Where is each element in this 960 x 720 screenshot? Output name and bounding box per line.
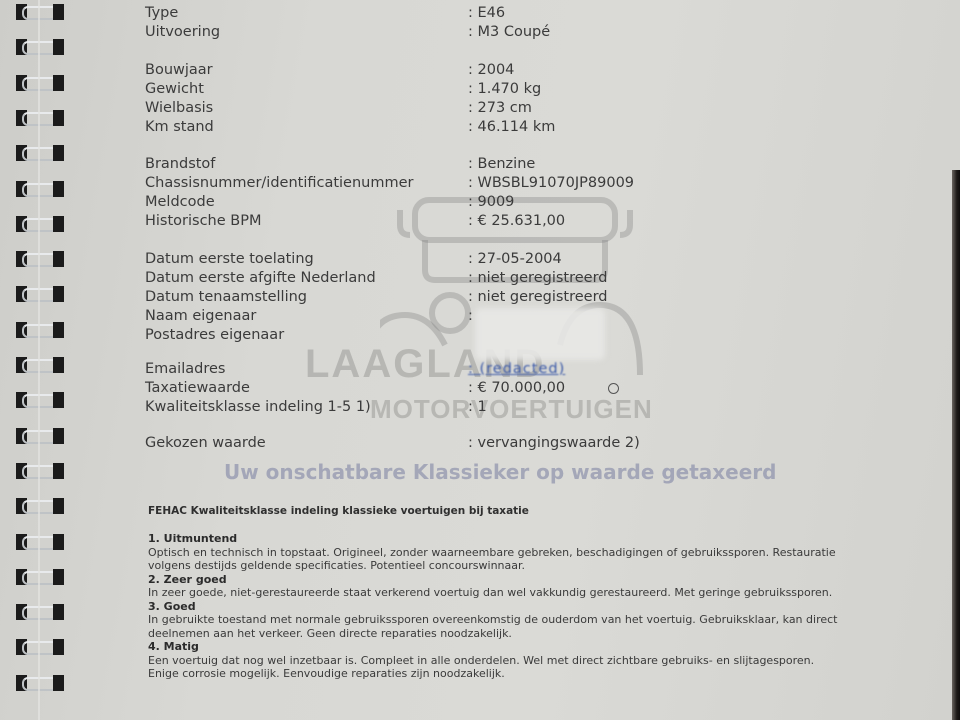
spec-row: Gewicht: 1.470 kg bbox=[145, 80, 845, 99]
spec-value: : € 25.631,00 bbox=[468, 212, 565, 231]
spec-label: Historische BPM bbox=[145, 212, 261, 231]
spec-row: Km stand: 46.114 km bbox=[145, 118, 845, 137]
binding-ring bbox=[16, 392, 64, 408]
binding-ring bbox=[16, 498, 64, 514]
spec-value: : M3 Coupé bbox=[468, 23, 550, 42]
quality-class-title: 3. Goed bbox=[148, 600, 838, 614]
spec-label: Gewicht bbox=[145, 80, 204, 99]
quality-class-title: 4. Matig bbox=[148, 640, 838, 654]
binding-ring bbox=[16, 286, 64, 302]
spec-label: Datum tenaamstelling bbox=[145, 288, 307, 307]
spec-label: Datum eerste toelating bbox=[145, 250, 314, 269]
spec-label: Wielbasis bbox=[145, 99, 213, 118]
spec-row: Kwaliteitsklasse indeling 1-5 1): 1 bbox=[145, 398, 845, 417]
spec-value: : 2004 bbox=[468, 61, 514, 80]
quality-class-description: In zeer goede, niet-gerestaureerde staat… bbox=[148, 586, 838, 600]
binding-ring bbox=[16, 569, 64, 585]
spec-row: Taxatiewaarde: € 70.000,00 bbox=[145, 379, 845, 398]
spec-row: Chassisnummer/identificatienummer: WBSBL… bbox=[145, 174, 845, 193]
spec-row: Bouwjaar: 2004 bbox=[145, 61, 845, 80]
binding-ring bbox=[16, 39, 64, 55]
spec-label: Brandstof bbox=[145, 155, 215, 174]
binding-ring bbox=[16, 216, 64, 232]
spec-value: : 1.470 kg bbox=[468, 80, 541, 99]
spec-row: Meldcode: 9009 bbox=[145, 193, 845, 212]
spec-value: : vervangingswaarde 2) bbox=[468, 434, 640, 453]
binding-ring bbox=[16, 181, 64, 197]
spec-row: Type: E46 bbox=[145, 4, 845, 23]
spec-row: Historische BPM: € 25.631,00 bbox=[145, 212, 845, 231]
quality-class-title: 2. Zeer goed bbox=[148, 573, 838, 587]
quality-class-title: 1. Uitmuntend bbox=[148, 532, 838, 546]
binding-ring bbox=[16, 639, 64, 655]
handwritten-mark bbox=[608, 383, 619, 394]
spec-value: : niet geregistreerd bbox=[468, 269, 608, 288]
spec-label: Bouwjaar bbox=[145, 61, 213, 80]
brand-tagline: Uw onschatbare Klassieker op waarde geta… bbox=[224, 460, 777, 484]
quality-class-list: 1. UitmuntendOptisch en technisch in top… bbox=[148, 532, 838, 681]
redacted-owner-info bbox=[475, 308, 605, 360]
spec-value: : E46 bbox=[468, 4, 505, 23]
spec-label: Chassisnummer/identificatienummer bbox=[145, 174, 413, 193]
spec-row: Datum tenaamstelling: niet geregistreerd bbox=[145, 288, 845, 307]
spec-value: : 46.114 km bbox=[468, 118, 555, 137]
binding-ring bbox=[16, 463, 64, 479]
spec-label: Datum eerste afgifte Nederland bbox=[145, 269, 376, 288]
spec-value: : 9009 bbox=[468, 193, 514, 212]
spec-label: Uitvoering bbox=[145, 23, 220, 42]
spiral-binding bbox=[0, 0, 100, 720]
binding-ring bbox=[16, 145, 64, 161]
spec-value: : 273 cm bbox=[468, 99, 532, 118]
binding-ring bbox=[16, 357, 64, 373]
spec-label: Meldcode bbox=[145, 193, 215, 212]
spec-label: Emailadres bbox=[145, 360, 225, 379]
binding-ring bbox=[16, 322, 64, 338]
spec-row: Brandstof: Benzine bbox=[145, 155, 845, 174]
binding-ring bbox=[16, 675, 64, 691]
quality-class-description: Een voertuig dat nog wel inzetbaar is. C… bbox=[148, 654, 838, 681]
spec-row: Emailadres: (redacted) bbox=[145, 360, 845, 379]
quality-class-description: In gebruikte toestand met normale gebrui… bbox=[148, 613, 838, 640]
spec-row: Datum eerste afgifte Nederland: niet ger… bbox=[145, 269, 845, 288]
spec-value: : € 70.000,00 bbox=[468, 379, 565, 398]
spec-value: : bbox=[468, 307, 473, 326]
quality-class-description: Optisch en technisch in topstaat. Origin… bbox=[148, 546, 838, 573]
spec-value: : Benzine bbox=[468, 155, 535, 174]
page-crease bbox=[38, 0, 40, 720]
document-page: LAAGLAND MOTORVOERTUIGEN Uw onschatbare … bbox=[0, 0, 960, 720]
spec-value: : WBSBL91070JP89009 bbox=[468, 174, 634, 193]
binding-ring bbox=[16, 4, 64, 20]
spec-value: : 27-05-2004 bbox=[468, 250, 562, 269]
binding-ring bbox=[16, 251, 64, 267]
spec-label: Km stand bbox=[145, 118, 214, 137]
spec-label: Gekozen waarde bbox=[145, 434, 266, 453]
binding-ring bbox=[16, 604, 64, 620]
spec-row: Uitvoering: M3 Coupé bbox=[145, 23, 845, 42]
binding-ring bbox=[16, 534, 64, 550]
spec-row: Gekozen waarde: vervangingswaarde 2) bbox=[145, 434, 845, 453]
email-link[interactable]: : (redacted) bbox=[468, 360, 565, 379]
fehac-heading: FEHAC Kwaliteitsklasse indeling klassiek… bbox=[148, 505, 529, 517]
spec-value: : niet geregistreerd bbox=[468, 288, 608, 307]
spec-label: Taxatiewaarde bbox=[145, 379, 250, 398]
spec-row: Wielbasis: 273 cm bbox=[145, 99, 845, 118]
spec-label: Postadres eigenaar bbox=[145, 326, 284, 345]
binding-ring bbox=[16, 75, 64, 91]
spec-label: Type bbox=[145, 4, 178, 23]
page-edge-shadow bbox=[952, 170, 960, 720]
spec-label: Naam eigenaar bbox=[145, 307, 256, 326]
binding-ring bbox=[16, 428, 64, 444]
spec-row: Datum eerste toelating: 27-05-2004 bbox=[145, 250, 845, 269]
spec-value: : 1 bbox=[468, 398, 487, 417]
spec-label: Kwaliteitsklasse indeling 1-5 1) bbox=[145, 398, 371, 417]
binding-ring bbox=[16, 110, 64, 126]
